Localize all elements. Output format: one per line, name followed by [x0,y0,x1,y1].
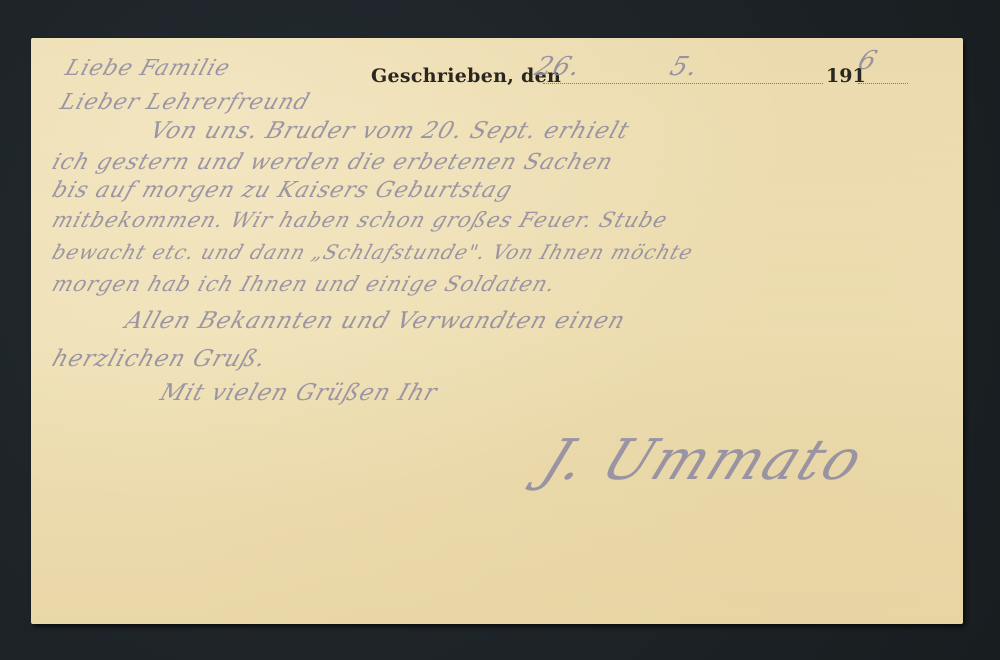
handwritten-line-2: Lieber Lehrerfreund [57,90,313,115]
handwritten-line-3: Von uns. Bruder vom 20. Sept. erhielt [147,118,633,144]
date-dotted-line [543,83,823,84]
signature: J. Ummato [533,428,874,493]
handwritten-line-5: bis auf morgen zu Kaisers Geburtstag [49,178,516,203]
handwritten-line-1: Liebe Familie [62,56,234,81]
handwritten-line-7: bewacht etc. und dann „Schlafstunde". Vo… [49,240,697,264]
handwritten-line-10: herzlichen Gruß. [49,346,270,372]
handwritten-line-8: morgen hab ich Ihnen und einige Soldaten… [49,272,559,296]
handwritten-line-11: Mit vielen Grüßen Ihr [157,380,441,406]
year-dotted-line [858,83,908,84]
handwritten-line-4: ich gestern und werden die erbetenen Sac… [49,150,616,175]
handwritten-line-9: Allen Bekannten und Verwandten einen [122,308,629,334]
printed-date-header: Geschrieben, den 191 [371,63,941,93]
postcard: Geschrieben, den 191 26. 5. 6 Liebe Fami… [31,38,963,624]
handwritten-line-6: mitbekommen. Wir haben schon großes Feue… [49,208,671,232]
